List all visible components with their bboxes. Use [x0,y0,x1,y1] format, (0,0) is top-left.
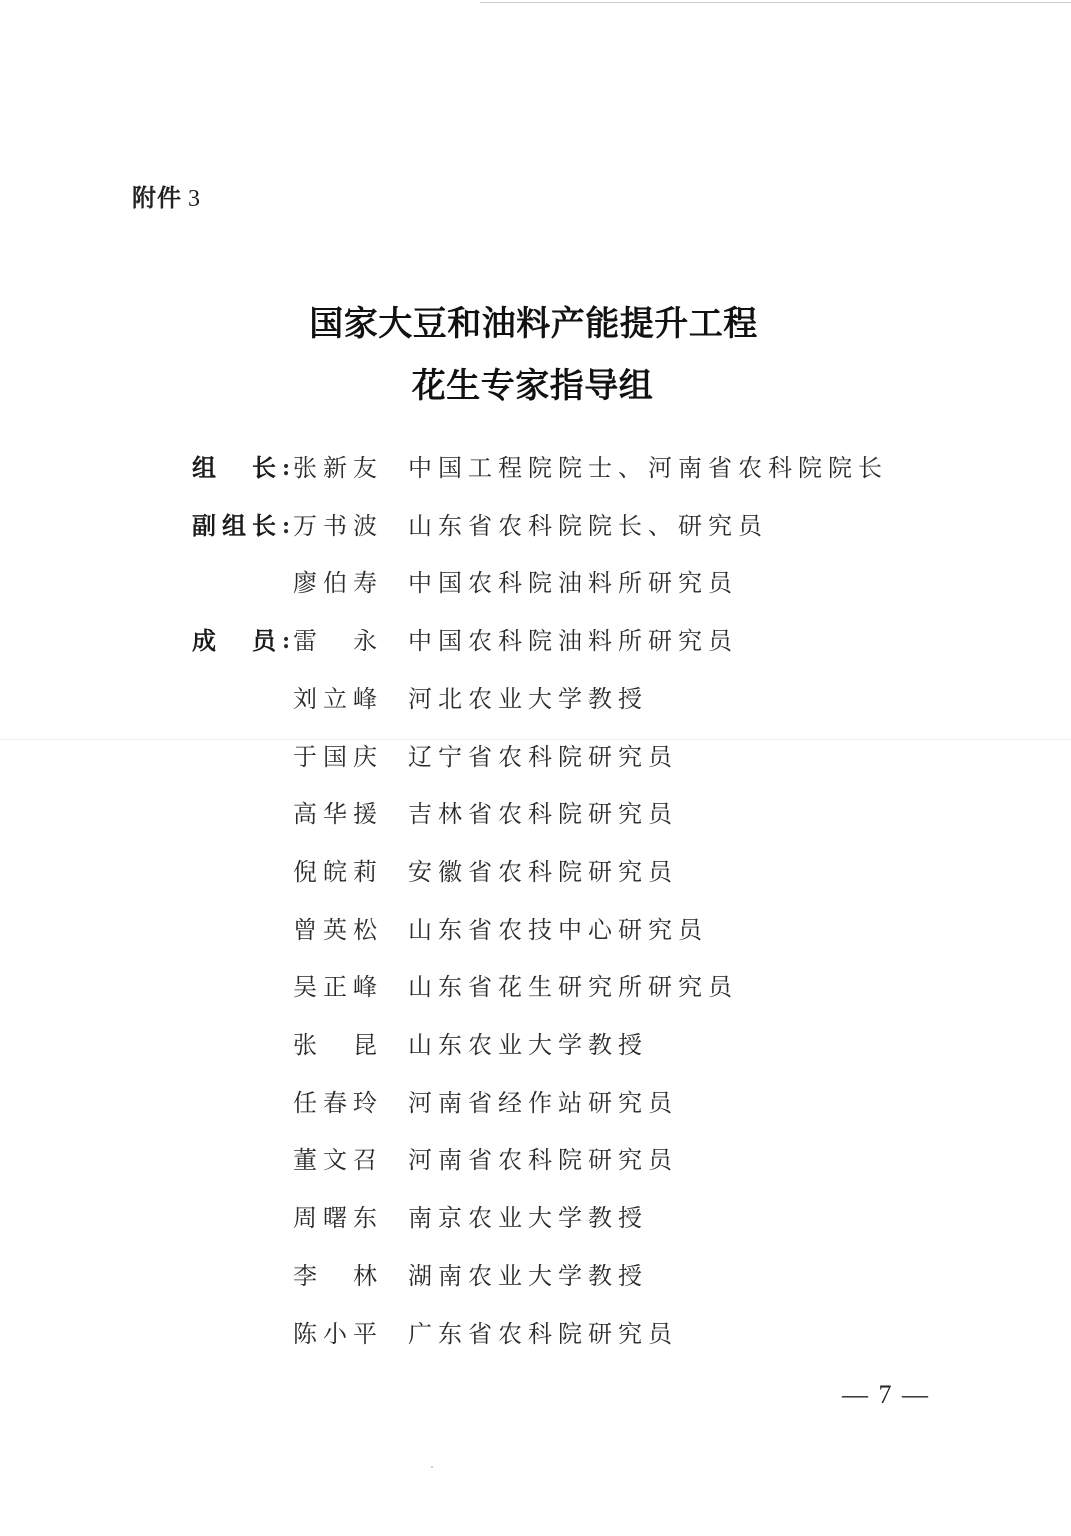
name-char: 曾 [293,910,317,950]
member-name: 陈小平 [293,1314,377,1354]
name-char: 友 [353,448,377,488]
name-char: 东 [353,1198,377,1238]
member-affiliation: 中国工程院院士、河南省农科院院长 [408,448,888,488]
member-affiliation: 吉林省农科院研究员 [408,794,678,834]
name-char: 平 [353,1314,377,1354]
name-char: 书 [323,506,347,546]
document-title-line1: 国家大豆和油料产能提升工程 [0,296,1069,345]
member-name: 吴正峰 [293,967,377,1007]
name-char: 于 [293,737,317,777]
name-char: 峰 [353,967,377,1007]
name-char: 廖 [293,563,317,603]
role-char: 长 [252,506,276,546]
name-char: 吴 [293,967,317,1007]
member-name: 雷永 [293,621,377,661]
page-number: — 7 — [842,1380,930,1410]
member-name: 万书波 [293,506,377,546]
role-char: 员 [252,621,276,661]
name-char: 春 [323,1083,347,1123]
member-affiliation: 山东省农技中心研究员 [408,910,708,950]
member-name: 于国庆 [293,737,377,777]
member-affiliation: 河北农业大学教授 [408,679,648,719]
attachment-label: 附件3 [132,178,201,213]
role-label: 副组长 [192,506,276,546]
name-char: 刘 [293,679,317,719]
name-char: 峰 [353,679,377,719]
member-affiliation: 山东省花生研究所研究员 [408,967,738,1007]
member-name: 董文召 [293,1140,377,1180]
role-colon: : [282,506,290,546]
role-char: 组 [192,448,216,488]
member-name: 廖伯寿 [293,563,377,603]
attachment-number: 3 [188,186,201,212]
name-char: 李 [293,1256,317,1296]
member-name: 曾英松 [293,910,377,950]
member-name: 任春玲 [293,1083,377,1123]
name-char: 伯 [323,563,347,603]
name-char: 庆 [353,737,377,777]
member-name: 刘立峰 [293,679,377,719]
role-label: 组长 [192,448,276,488]
member-name: 高华援 [293,794,377,834]
name-char: 张 [293,1025,317,1065]
name-char: 周 [293,1198,317,1238]
member-affiliation: 中国农科院油料所研究员 [408,621,738,661]
name-char: 新 [323,448,347,488]
member-affiliation: 中国农科院油料所研究员 [408,563,738,603]
name-char: 倪 [293,852,317,892]
name-char: 正 [323,967,347,1007]
name-char: 松 [353,910,377,950]
name-char: 陈 [293,1314,317,1354]
member-affiliation: 山东省农科院院长、研究员 [408,506,768,546]
name-char: 寿 [353,563,377,603]
role-colon: : [282,621,290,661]
scan-speck [431,1466,433,1468]
member-name: 李林 [293,1256,377,1296]
name-char: 国 [323,737,347,777]
member-affiliation: 湖南农业大学教授 [408,1256,648,1296]
role-char: 长 [252,448,276,488]
member-name: 张新友 [293,448,377,488]
name-char: 莉 [353,852,377,892]
scan-border-line [480,2,1071,3]
member-affiliation: 山东农业大学教授 [408,1025,648,1065]
name-char: 万 [293,506,317,546]
role-char: 成 [192,621,216,661]
name-char: 林 [353,1256,377,1296]
member-affiliation: 安徽省农科院研究员 [408,852,678,892]
role-char: 副 [192,506,216,546]
member-name: 周曙东 [293,1198,377,1238]
name-char: 董 [293,1140,317,1180]
name-char: 昆 [353,1025,377,1065]
name-char: 高 [293,794,317,834]
name-char: 英 [323,910,347,950]
name-char: 皖 [323,852,347,892]
name-char: 华 [323,794,347,834]
role-colon: : [282,448,290,488]
member-affiliation: 辽宁省农科院研究员 [408,737,678,777]
attachment-text: 附件 [132,184,182,212]
member-name: 倪皖莉 [293,852,377,892]
member-affiliation: 南京农业大学教授 [408,1198,648,1238]
name-char: 永 [353,621,377,661]
member-name: 张昆 [293,1025,377,1065]
member-affiliation: 河南省农科院研究员 [408,1140,678,1180]
name-char: 玲 [353,1083,377,1123]
name-char: 张 [293,448,317,488]
name-char: 小 [323,1314,347,1354]
name-char: 雷 [293,621,317,661]
name-char: 召 [353,1140,377,1180]
member-affiliation: 河南省经作站研究员 [408,1083,678,1123]
role-char: 组 [222,506,246,546]
name-char: 任 [293,1083,317,1123]
name-char: 文 [323,1140,347,1180]
name-char: 援 [353,794,377,834]
document-title-line2: 花生专家指导组 [0,358,1068,407]
role-label: 成员 [192,621,276,661]
member-affiliation: 广东省农科院研究员 [408,1314,678,1354]
name-char: 波 [353,506,377,546]
name-char: 立 [323,679,347,719]
name-char: 曙 [323,1198,347,1238]
